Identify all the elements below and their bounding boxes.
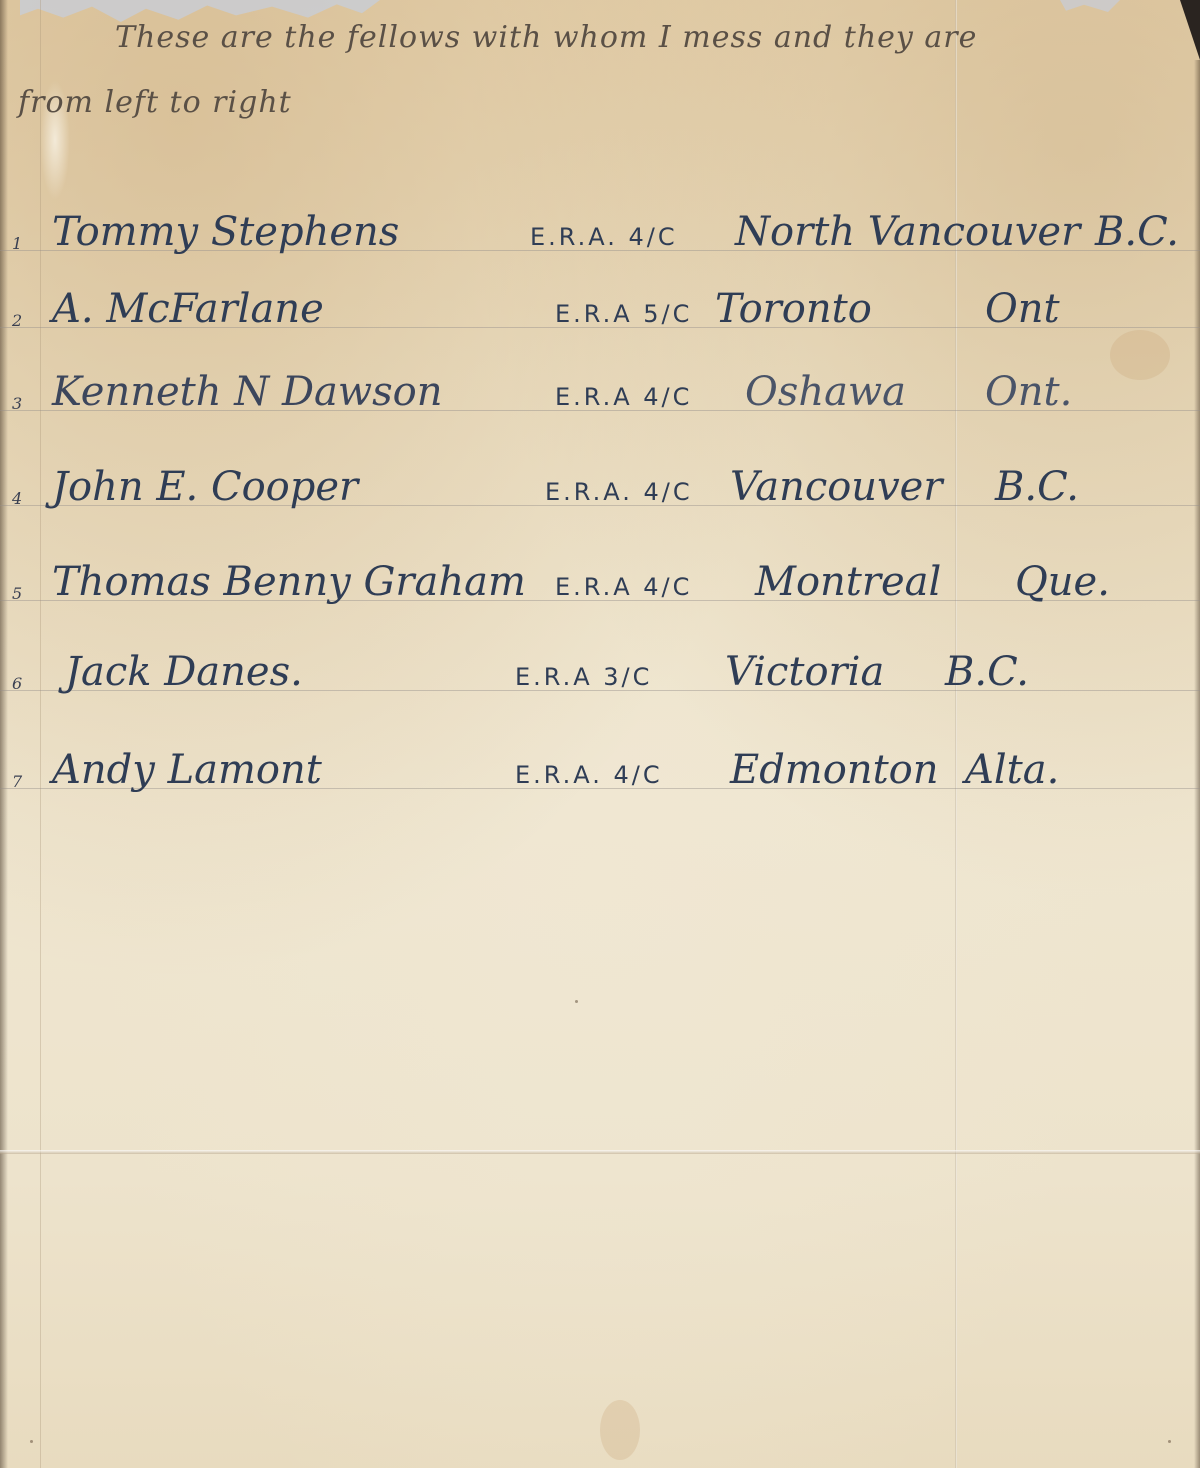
intro-line-1: These are the fellows with whom I mess a… [115, 20, 977, 55]
list-entry: 2 A. McFarlane E.R.A 5/C Toronto Ont [0, 272, 1200, 332]
entry-city: North Vancouver [735, 209, 1080, 255]
entry-number: 7 [12, 772, 22, 791]
entry-province: Ont. [985, 369, 1072, 415]
entry-rating: E.R.A 3/C [515, 663, 652, 691]
folded-corner [1180, 0, 1200, 60]
entry-name: Tommy Stephens [52, 209, 399, 255]
entry-province: B.C. [995, 464, 1079, 510]
entry-rating: E.R.A. 4/C [515, 761, 663, 789]
list-entry: 1 Tommy Stephens E.R.A. 4/C North Vancou… [0, 195, 1200, 255]
list-entry: 3 Kenneth N Dawson E.R.A 4/C Oshawa Ont. [0, 355, 1200, 415]
entry-name: A. McFarlane [52, 286, 324, 332]
entry-city: Montreal [755, 559, 941, 605]
entry-number: 2 [12, 311, 22, 330]
speck [30, 1440, 33, 1443]
entry-name: John E. Cooper [52, 464, 358, 510]
entry-city: Toronto [715, 286, 872, 332]
torn-top-edge [20, 0, 380, 22]
entry-number: 4 [12, 489, 22, 508]
stain [600, 1400, 640, 1460]
letter-page: These are the fellows with whom I mess a… [0, 0, 1200, 1468]
entry-city: Oshawa [745, 369, 906, 415]
entry-number: 6 [12, 674, 22, 693]
entry-rating: E.R.A. 4/C [530, 223, 678, 251]
entry-province: Ont [985, 286, 1060, 332]
list-entry: 4 John E. Cooper E.R.A. 4/C Vancouver B.… [0, 450, 1200, 510]
speck [575, 1000, 578, 1003]
entry-number: 5 [12, 584, 22, 603]
entry-number: 3 [12, 394, 22, 413]
speck [1168, 1440, 1171, 1443]
entry-name: Andy Lamont [52, 747, 322, 793]
horizontal-fold-crease [0, 1150, 1200, 1154]
entry-name: Thomas Benny Graham [52, 559, 526, 605]
entry-province: Que. [1015, 559, 1110, 605]
entry-city: Edmonton [730, 747, 939, 793]
entry-province: B.C. [945, 649, 1029, 695]
list-entry: 5 Thomas Benny Graham E.R.A 4/C Montreal… [0, 545, 1200, 605]
entry-name: Jack Danes. [65, 649, 303, 695]
entry-rating: E.R.A 4/C [555, 383, 692, 411]
entry-rating: E.R.A. 4/C [545, 478, 693, 506]
entry-city: Victoria [725, 649, 884, 695]
entry-city: Vancouver [730, 464, 942, 510]
entry-number: 1 [12, 234, 22, 253]
entry-rating: E.R.A 4/C [555, 573, 692, 601]
entry-province: Alta. [965, 747, 1059, 793]
entry-rating: E.R.A 5/C [555, 300, 692, 328]
entry-province: B.C. [1095, 209, 1179, 255]
intro-line-2: from left to right [18, 85, 292, 120]
list-entry: 7 Andy Lamont E.R.A. 4/C Edmonton Alta. [0, 733, 1200, 793]
list-entry: 6 Jack Danes. E.R.A 3/C Victoria B.C. [0, 635, 1200, 695]
entry-name: Kenneth N Dawson [52, 369, 442, 415]
torn-top-right-edge [1060, 0, 1120, 12]
